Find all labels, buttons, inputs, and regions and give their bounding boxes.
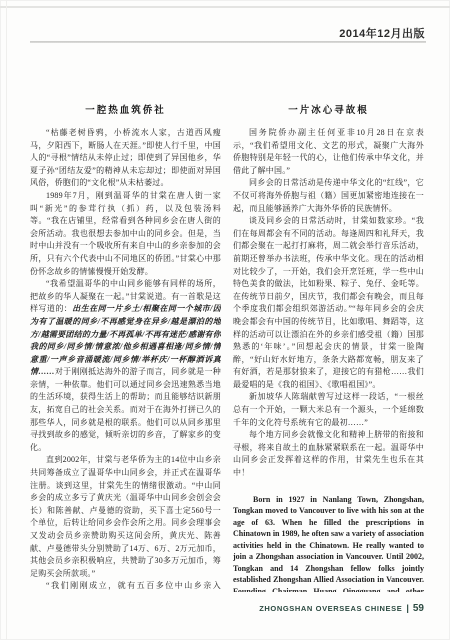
lyrics-follow-text: 对于刚刚抵达海外的游子而言，同乡就是一种亲情，一种依靠。他们可以通过同乡会迅速熟… [30,367,221,452]
left-paragraph: 直到2002年，甘棠与老华侨为主的14位中山乡亲共同筹备成立了温哥华中山同乡会，… [30,454,221,580]
publication-date: 2014年12月出版 [339,25,425,41]
left-paragraph: “枯藤老树昏鸦，小桥流水人家，古道西风瘦马，夕阳西下，断肠人在天涯。”即使人行千… [30,127,221,190]
article-columns: 一腔热血筑侨社 “枯藤老树昏鸦，小桥流水人家，古道西风瘦马，夕阳西下，断肠人在天… [30,92,424,592]
left-paragraph: “我们刚刚成立，就有五百多位中山乡亲入会。”甘棠说，“现在，同乡会发展得越来越好… [30,580,221,592]
right-paragraph: 谈及同乡会的日常活动时，甘棠如数家珍。“我们在每周都会有不同的活动。每逢周四和礼… [233,215,424,391]
left-column: 一腔热血筑侨社 “枯藤老树昏鸦，小桥流水人家，古道西风瘦马，夕阳西下，断肠人在天… [30,92,221,592]
left-paragraph: 1989年7月，刚到温哥华的甘棠在唐人街一家叫“新光”的参茸行执（抓）药，以及包… [30,190,221,278]
english-summary: Born in 1927 in Nanlang Town, Zhongshan,… [233,494,424,592]
left-paragraph-with-lyrics: “我希望温哥华的中山同乡能够有同样的场所，把故乡的华人凝聚在一起。”甘棠说道。有… [30,278,221,454]
right-paragraph: 新加坡华人陈瑞献曾写过这样一段话，“一根丝总有一个开始，一颗大米总有一个源头，一… [233,391,424,429]
page-number: 59 [413,603,424,614]
right-column: 一片冰心寻故根 国务院侨办副主任何亚非10月28日在京表示，“我们希望用文化、文… [233,92,424,592]
scan-edge-left [6,0,7,640]
left-article-title: 一腔热血筑侨社 [30,102,221,116]
right-paragraph: 同乡会的日常活动是传递中华文化的“红线”，它不仅可将海外侨胞与祖（籍）国更加紧密… [233,177,424,215]
scan-edge-top [0,6,450,8]
magazine-page: 2014年12月出版 一腔热血筑侨社 “枯藤老树昏鸦，小桥流水人家，古道西风瘦马… [0,0,450,640]
song-lyrics-text: 出生在同一片乡土/相聚在同一个城市/因为有了温暖的同乡/不再感觉身在异乡/越是漂… [30,304,221,376]
right-article-title: 一片冰心寻故根 [233,102,424,116]
right-paragraph: 每个地方同乡会就像文化和精神上脐带的衔接和寻根，将来自故土的血脉紧紧联系在一起。… [233,429,424,479]
right-paragraph: 国务院侨办副主任何亚非10月28日在京表示，“我们希望用文化、文艺的形式，凝聚广… [233,127,424,177]
header-rule [30,41,426,43]
journal-name: ZHONGSHAN OVERSEAS CHINESE [259,604,402,613]
footer-separator: | [406,603,409,613]
page-footer: ZHONGSHAN OVERSEAS CHINESE|59 [259,598,424,616]
